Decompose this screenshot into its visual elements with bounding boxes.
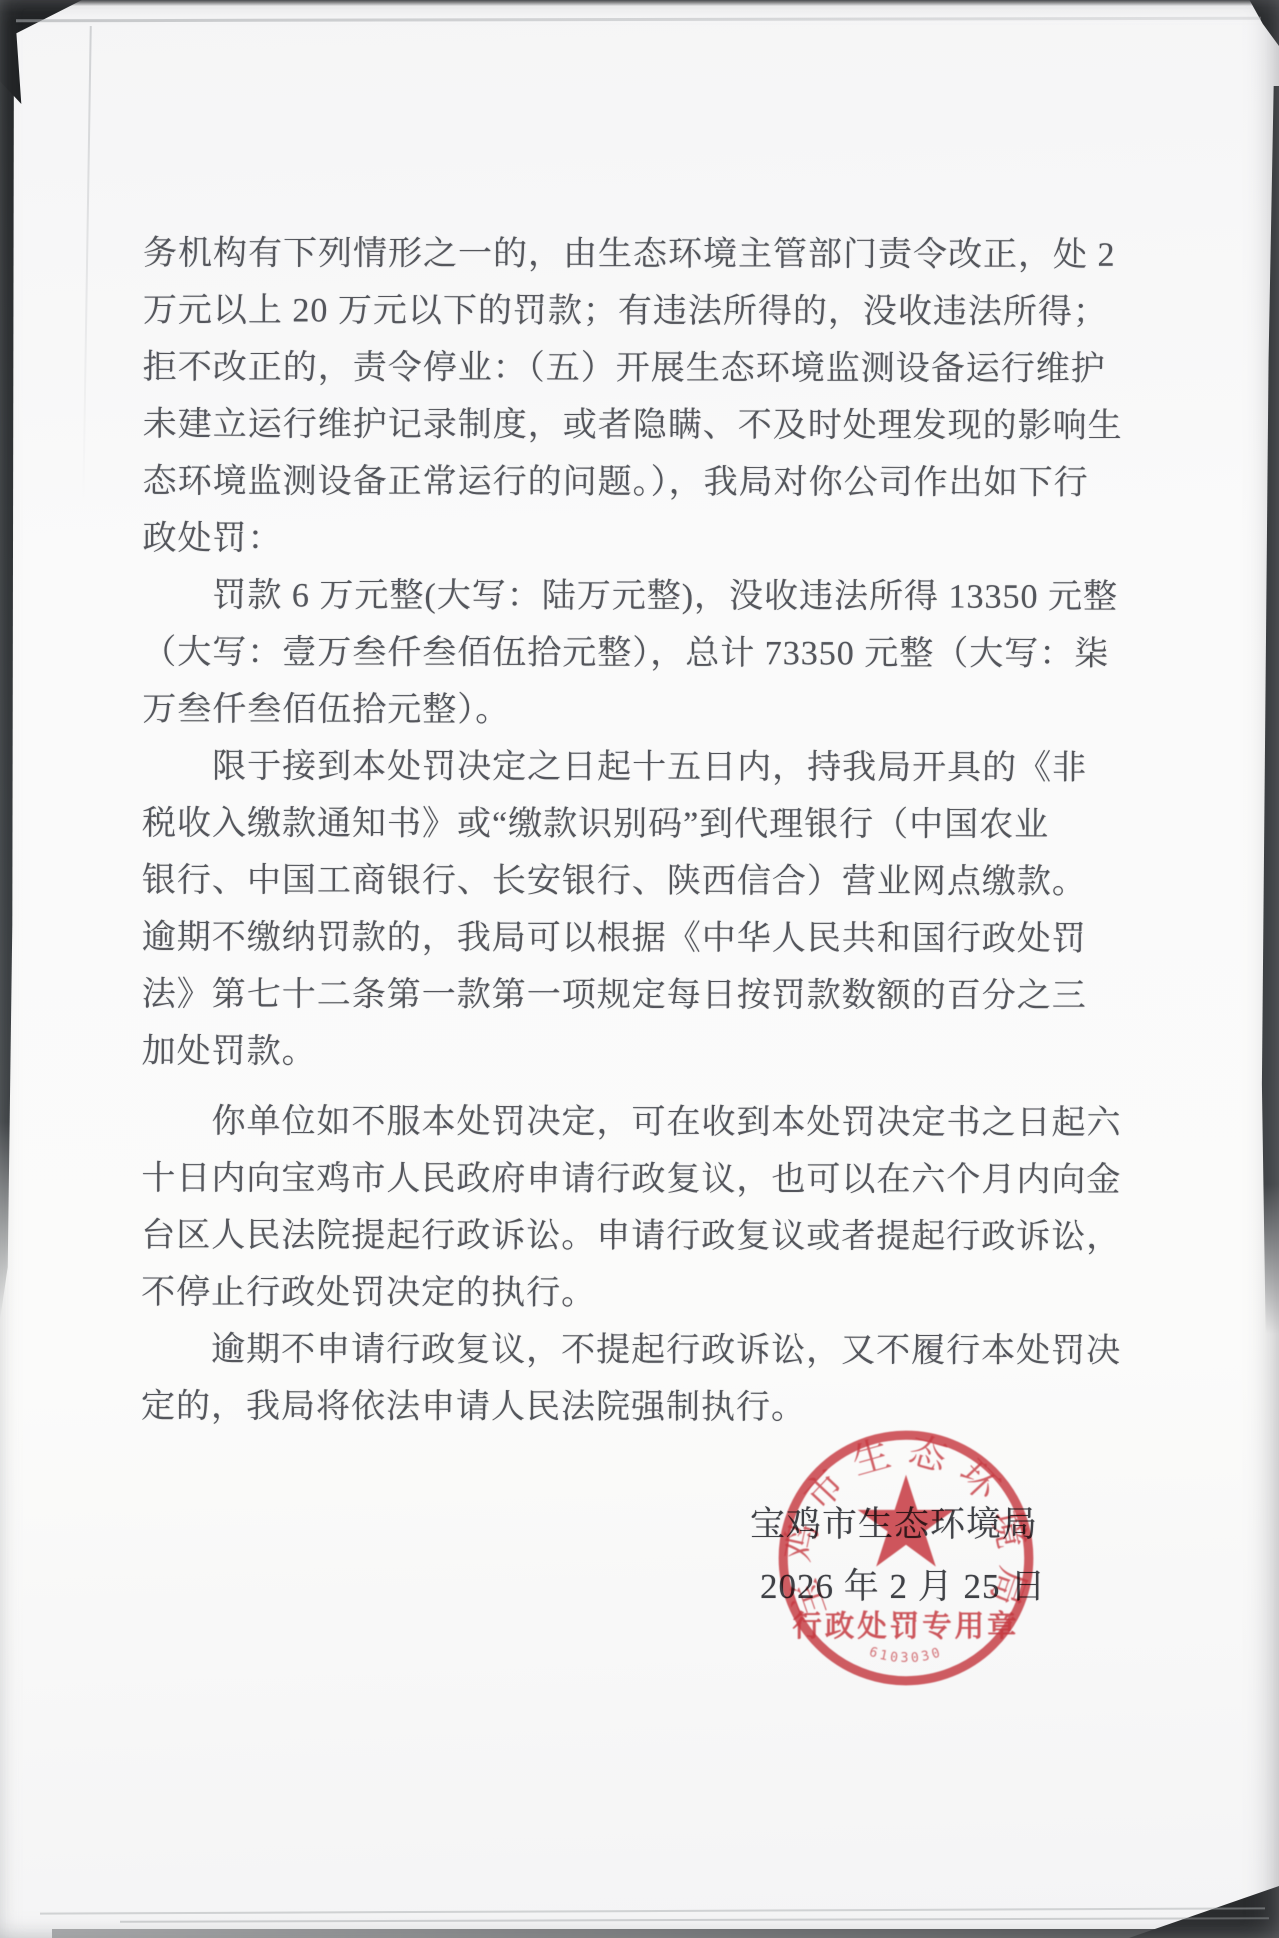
document-body: 务机构有下列情形之一的，由生态环境主管部门责令改正，处 2万元以上 20 万元以… <box>141 225 1133 1437</box>
photo-edge-bottom <box>52 1929 1279 1938</box>
text-line: 态环境监测设备正常运行的问题。），我局对你公司作出如下行 <box>143 453 1133 512</box>
text-line: 加处罚款。 <box>142 1023 1132 1082</box>
under-sheet-edge-top <box>16 17 1261 23</box>
text-line: 逾期不申请行政复议，不提起行政诉讼，又不履行本处罚决 <box>141 1321 1131 1380</box>
text-line: 不停止行政处罚决定的执行。 <box>141 1264 1131 1323</box>
text-line: 罚款 6 万元整(大写：陆万元整)，没收违法所得 13350 元整 <box>142 567 1132 626</box>
text-line: 务机构有下列情形之一的，由生态环境主管部门责令改正，处 2 <box>143 225 1133 284</box>
photo-corner-bottom-right <box>1129 1886 1279 1938</box>
text-line: 你单位如不服本处罚决定，可在收到本处罚决定书之日起六 <box>141 1093 1131 1152</box>
photo-edge-left <box>0 0 14 1320</box>
official-seal: 宝鸡市生态环境局 行政处罚专用章 6103030 <box>769 1421 1043 1695</box>
photo-corner-top-right <box>1243 0 1279 46</box>
under-sheet-edge-bottom <box>40 1907 1265 1914</box>
text-line: 万元以上 20 万元以下的罚款；有违法所得的，没收违法所得； <box>143 282 1133 341</box>
text-line: （大写：壹万叁仟叁佰伍拾元整），总计 73350 元整（大写：柒 <box>142 624 1132 683</box>
star-icon <box>858 1475 955 1567</box>
text-line: 拒不改正的，责令停业：（五）开展生态环境监测设备运行维护 <box>143 339 1133 398</box>
seal-title: 行政处罚专用章 <box>792 1609 1019 1643</box>
document-photo: 务机构有下列情形之一的，由生态环境主管部门责令改正，处 2万元以上 20 万元以… <box>0 0 1279 1938</box>
seal-code: 6103030 <box>867 1645 945 1666</box>
text-line: 十日内向宝鸡市人民政府申请行政复议，也可以在六个月内向金 <box>141 1150 1131 1209</box>
photo-corner-top-left <box>0 0 82 104</box>
under-sheet-edge-bottom <box>120 1917 1269 1923</box>
text-line: 未建立运行维护记录制度，或者隐瞒、不及时处理发现的影响生 <box>143 396 1133 455</box>
text-line: 台区人民法院提起行政诉讼。申请行政复议或者提起行政诉讼， <box>141 1207 1131 1266</box>
text-line: 限于接到本处罚决定之日起十五日内，持我局开具的《非 <box>142 738 1132 797</box>
text-line: 逾期不缴纳罚款的，我局可以根据《中华人民共和国行政处罚 <box>142 909 1132 968</box>
text-line: 政处罚： <box>142 510 1132 569</box>
photo-edge-right <box>1260 86 1279 1334</box>
paper-crease <box>82 26 92 506</box>
text-line: 万叁仟叁佰伍拾元整）。 <box>142 681 1132 740</box>
text-line: 税收入缴款通知书》或“缴款识别码”到代理银行（中国农业 <box>142 795 1132 854</box>
photo-edge-top <box>0 0 1279 6</box>
text-line: 法》第七十二条第一款第一项规定每日按罚款数额的百分之三 <box>142 966 1132 1025</box>
text-line: 银行、中国工商银行、长安银行、陕西信合）营业网点缴款。 <box>142 852 1132 911</box>
